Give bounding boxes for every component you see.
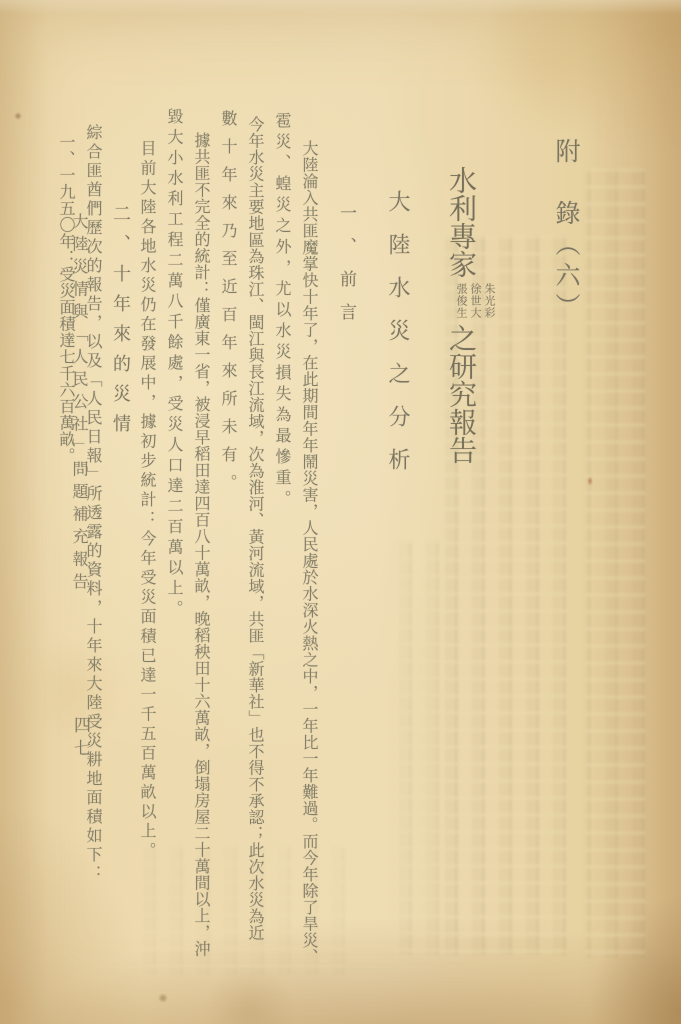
- body-column: 數十年來乃至近百年來所未有。: [215, 104, 242, 970]
- section-title: 大陸水災之分析: [382, 104, 413, 970]
- body-column: 毀大小水利工程二萬八千餘處，受災人口達二百萬以上。: [161, 104, 188, 970]
- body-column: 雹災、蝗災之外，尤以水災損失為最慘重。: [269, 104, 296, 970]
- ink-bleed-through: [585, 168, 645, 958]
- report-title-prefix: 水利專家: [445, 166, 478, 278]
- heading-foreword: 一、前言: [332, 104, 359, 970]
- running-title: 大陸災情與「人民公社」問題補充報告: [66, 213, 92, 596]
- body-column: 目前大陸各地水災仍在發展中，據初步統計：今年受災面積已達一千五百萬畝以上。: [134, 104, 161, 970]
- main-text-area: 附 錄（六） 水利專家朱光彩徐世大張俊生之研究報告 大陸水災之分析 一、前言 大…: [53, 104, 583, 970]
- author-name: 張俊生: [454, 283, 468, 319]
- author-name: 徐世大: [468, 283, 482, 319]
- body-column: 據共匪不完全的統計：僅廣東一省，被浸早稻田達四百八十萬畝，晚稻秧田十六萬畝，倒塌…: [188, 104, 215, 970]
- author-name: 朱光彩: [482, 283, 496, 319]
- author-names: 朱光彩徐世大張俊生: [454, 283, 496, 319]
- body-column: 今年水災主要地區為珠江、閩江與長江流域，次為淮河、黃河流域，共匪「新華社」也不得…: [242, 104, 269, 970]
- appendix-label: 附 錄（六）: [549, 104, 583, 970]
- report-title-suffix: 之研究報告: [445, 324, 478, 464]
- body-column: 大陸淪入共匪魔掌快十年了，在此期間年年鬧災害，人民處於水深火熱之中，一年比一年難…: [296, 104, 323, 970]
- page-number: 四七: [68, 716, 92, 762]
- report-title: 水利專家朱光彩徐世大張俊生之研究報告: [439, 104, 496, 970]
- heading-decade-disasters: 二、十年來的災情: [107, 104, 134, 970]
- scanned-page: 附 錄（六） 水利專家朱光彩徐世大張俊生之研究報告 大陸水災之分析 一、前言 大…: [0, 0, 681, 1024]
